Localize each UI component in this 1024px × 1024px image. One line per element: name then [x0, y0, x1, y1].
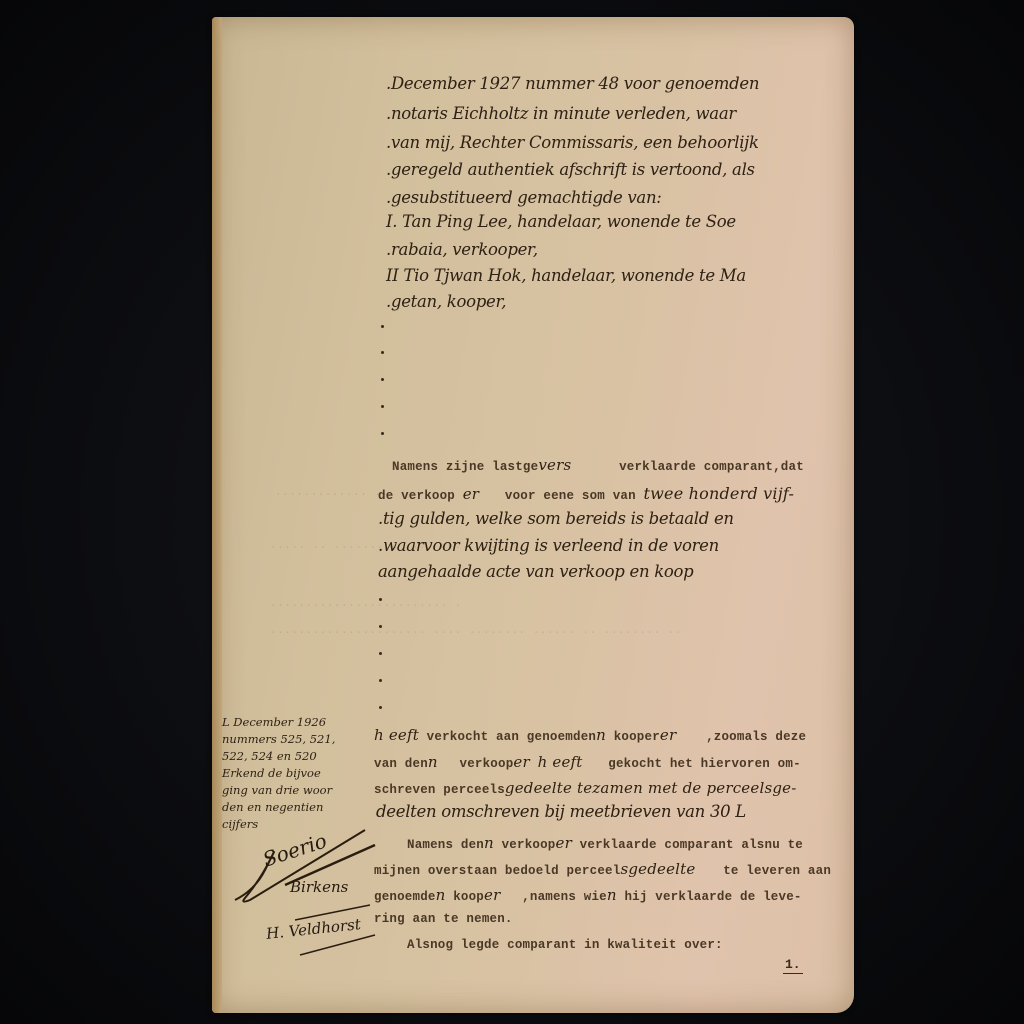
typed-fragment: mijnen overstaan bedoeld perceel — [374, 864, 620, 878]
typed-fragment: ,zoomals deze — [706, 730, 806, 744]
dot-marker — [381, 325, 384, 328]
dot-marker — [379, 652, 382, 655]
typed-fragment: voor eene som van — [505, 489, 636, 503]
handwritten-fragment: er — [463, 485, 479, 503]
handwritten-fragment: er — [513, 753, 529, 771]
margin-note-line: 522, 524 en 520 — [222, 748, 372, 765]
handwritten-line: .rabaia, verkooper, — [386, 240, 538, 259]
dot-marker — [379, 598, 382, 601]
handwritten-line: .geregeld authentiek afschrift is vertoo… — [386, 160, 755, 179]
dot-marker — [379, 625, 382, 628]
margin-note-line: L December 1926 — [222, 714, 372, 731]
handwritten-fragment: er — [484, 886, 500, 904]
margin-note: L December 1926 nummers 525, 521, 522, 5… — [222, 714, 372, 833]
handwritten-fragment: n — [428, 753, 438, 771]
dot-marker — [381, 351, 384, 354]
typed-line: de verkoop er voor eene som van twee hon… — [378, 484, 794, 503]
handwritten-fragment: n — [484, 834, 494, 852]
typed-fragment: gekocht het hiervoren om- — [608, 757, 801, 771]
handwritten-line: .van mij, Rechter Commissaris, een behoo… — [386, 133, 759, 152]
handwritten-fragment: twee honderd vijf- — [644, 484, 795, 503]
handwritten-line: .December 1927 nummer 48 voor genoemden — [386, 74, 759, 93]
typed-fragment: verkoop — [502, 838, 556, 852]
typed-fragment: verkoop — [460, 757, 514, 771]
typed-line: h eeft verkocht aan genoemdenn kooperer … — [374, 726, 806, 744]
typed-fragment: kooper — [614, 730, 660, 744]
dot-marker — [381, 405, 384, 408]
typed-fragment: Namens den — [407, 838, 484, 852]
handwritten-fragment: h eeft — [538, 753, 583, 771]
typed-fragment: de verkoop — [378, 489, 455, 503]
typed-fragment: verklaarde comparant,dat — [619, 460, 804, 474]
typed-line: genoemden kooper ,namens wien hij verkla… — [374, 886, 802, 904]
typed-line: ring aan te nemen. — [374, 912, 513, 926]
typed-line: Namens zijne lastgevers verklaarde compa… — [392, 456, 804, 474]
typed-line: Alsnog legde comparant in kwaliteit over… — [407, 938, 723, 952]
dot-marker — [381, 432, 384, 435]
handwritten-line: .notaris Eichholtz in minute verleden, w… — [386, 104, 736, 123]
page-number: 1. — [783, 957, 803, 974]
signature-2: Birkens — [290, 878, 348, 896]
typed-line: schreven perceelsgedeelte tezamen met de… — [374, 779, 797, 797]
margin-note-line: ging van drie woor — [222, 782, 372, 799]
bleed-through-text: ............. .. — [275, 487, 389, 499]
handwritten-fragment: vers — [538, 456, 571, 474]
handwritten-fragment: n — [607, 886, 617, 904]
bleed-through-text: ......................... . — [270, 598, 462, 610]
handwritten-line: I. Tan Ping Lee, handelaar, wonende te S… — [386, 212, 736, 231]
margin-note-line: Erkend de bijvoe — [222, 765, 372, 782]
typed-fragment: koop — [453, 890, 484, 904]
typed-fragment: verklaarde comparant alsnu te — [580, 838, 803, 852]
typed-line: Namens denn verkooper verklaarde compara… — [407, 834, 803, 852]
typed-fragment: van den — [374, 757, 428, 771]
handwritten-line: .getan, kooper, — [386, 292, 506, 311]
handwritten-fragment: gedeelte tezamen met de perceelsge- — [505, 779, 797, 797]
typed-line: mijnen overstaan bedoeld perceelsgedeelt… — [374, 860, 831, 878]
handwritten-fragment: n — [436, 886, 446, 904]
handwritten-fragment: h eeft — [374, 726, 419, 744]
margin-note-line: nummers 525, 521, — [222, 731, 372, 748]
margin-note-line: den en negentien — [222, 799, 372, 816]
handwritten-line: II Tio Tjwan Hok, handelaar, wonende te … — [386, 266, 746, 285]
handwritten-line: aangehaalde acte van verkoop en koop — [378, 562, 693, 581]
handwritten-fragment: sgedeelte — [620, 860, 695, 878]
handwritten-fragment: er — [556, 834, 572, 852]
typed-line: van denn verkooper h eeft gekocht het hi… — [374, 753, 801, 771]
typed-fragment: schreven perceels — [374, 783, 505, 797]
typed-fragment: ,namens wie — [522, 890, 607, 904]
dot-marker — [381, 378, 384, 381]
handwritten-fragment: n — [596, 726, 606, 744]
dot-marker — [379, 679, 382, 682]
handwritten-line: .waarvoor kwijting is verleend in de vor… — [378, 536, 719, 555]
typed-fragment: hij verklaarde de leve- — [624, 890, 801, 904]
bleed-through-text: ...................... .... ........ ...… — [270, 625, 682, 637]
typed-fragment: te leveren aan — [723, 864, 831, 878]
handwritten-line: .gesubstitueerd gemachtigde van: — [386, 188, 662, 207]
dot-marker — [379, 706, 382, 709]
handwritten-line: deelten omschreven bij meetbrieven van 3… — [376, 802, 746, 821]
handwritten-line: .tig gulden, welke som bereids is betaal… — [378, 509, 734, 528]
typed-fragment: verkocht aan genoemden — [427, 730, 596, 744]
handwritten-fragment: er — [660, 726, 676, 744]
typed-fragment: Namens zijne lastge — [392, 460, 538, 474]
